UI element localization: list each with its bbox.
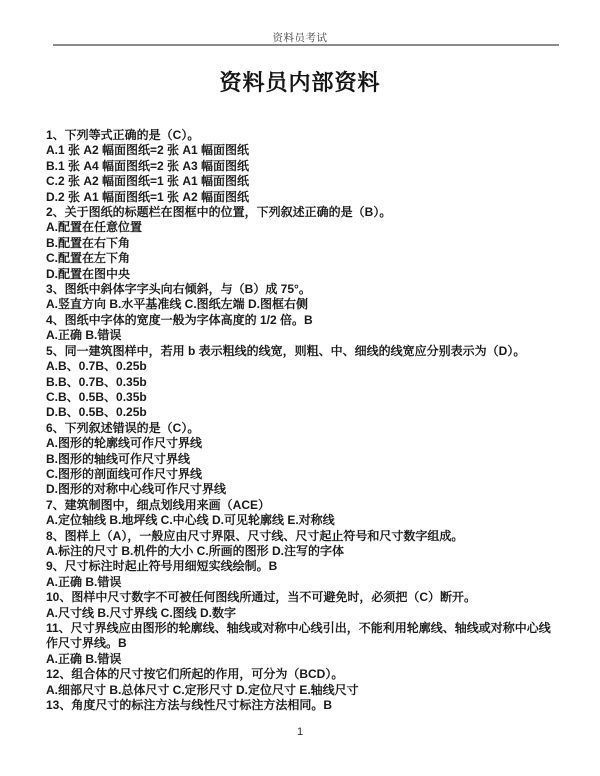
option-line: A.正确 B.错误 (46, 328, 557, 343)
option-line: D.B、0.5B、0.25b (46, 405, 557, 420)
option-line: A.1 张 A2 幅面图纸=2 张 A1 幅面图纸 (46, 143, 557, 158)
option-line: B.图形的轴线可作尺寸界线 (46, 452, 557, 467)
question-text: 13、角度尺寸的标注方法与线性尺寸标注方法相同。B (46, 698, 557, 713)
option-line: A.定位轴线 B.地坪线 C.中心线 D.可见轮廓线 E.对称线 (46, 513, 557, 528)
header-divider (53, 44, 559, 46)
question-text: 2、关于图纸的标题栏在图框中的位置，下列叙述正确的是（B）。 (46, 205, 557, 220)
question-text: 1、下列等式正确的是（C）。 (46, 128, 557, 143)
option-line: A.标注的尺寸 B.机件的大小 C.所画的图形 D.注写的字体 (46, 544, 557, 559)
option-line: C.图形的剖面线可作尺寸界线 (46, 467, 557, 482)
option-line: B.配置在右下角 (46, 236, 557, 251)
question-text: 7、建筑制图中，细点划线用来画（ACE） (46, 498, 557, 513)
page-header-title: 资料员考试 (0, 30, 600, 45)
page-number: 1 (0, 726, 600, 738)
question-text: 12、组合体的尺寸按它们所起的作用，可分为（BCD）。 (46, 667, 557, 682)
question-text: 5、同一建筑图样中，若用 b 表示粗线的线宽，则粗、中、细线的线宽应分别表示为（… (46, 344, 557, 359)
question-text: 8、图样上（A），一般应由尺寸界限、尺寸线、尺寸起止符号和尺寸数字组成。 (46, 529, 557, 544)
document-page: 资料员考试 资料员内部资料 1、下列等式正确的是（C）。A.1 张 A2 幅面图… (0, 0, 600, 776)
question-text: 3、图纸中斜体字字头向右倾斜，与（B）成 75°。 (46, 282, 557, 297)
option-line: A.竖直方向 B.水平基准线 C.图纸左端 D.图框右侧 (46, 297, 557, 312)
question-text: 10、图样中尺寸数字不可被任何图线所通过，当不可避免时，必须把（C）断开。 (46, 590, 557, 605)
option-line: A.正确 B.错误 (46, 652, 557, 667)
option-line: A.尺寸线 B.尺寸界线 C.图线 D.数字 (46, 606, 557, 621)
option-line: D.2 张 A1 幅面图纸=1 张 A2 幅面图纸 (46, 190, 557, 205)
question-text: 6、下列叙述错误的是（C）。 (46, 421, 557, 436)
question-text: 11、尺寸界线应由图形的轮廓线、轴线或对称中心线引出，不能利用轮廓线、轴线或对称… (46, 621, 557, 652)
option-line: A.图形的轮廓线可作尺寸界线 (46, 436, 557, 451)
option-line: B.B、0.7B、0.35b (46, 375, 557, 390)
option-line: A.正确 B.错误 (46, 575, 557, 590)
option-line: C.B、0.5B、0.35b (46, 390, 557, 405)
questions-list: 1、下列等式正确的是（C）。A.1 张 A2 幅面图纸=2 张 A1 幅面图纸B… (46, 128, 557, 713)
option-line: A.B、0.7B、0.25b (46, 359, 557, 374)
question-text: 9、尺寸标注时起止符号用细短实线绘制。B (46, 559, 557, 574)
option-line: D.图形的对称中心线可作尺寸界线 (46, 482, 557, 497)
option-line: B.1 张 A4 幅面图纸=2 张 A3 幅面图纸 (46, 159, 557, 174)
option-line: C.配置在左下角 (46, 251, 557, 266)
option-line: C.2 张 A2 幅面图纸=1 张 A1 幅面图纸 (46, 174, 557, 189)
document-title: 资料员内部资料 (0, 66, 600, 97)
question-text: 4、图纸中字体的宽度一般为字体高度的 1/2 倍。B (46, 313, 557, 328)
option-line: A.配置在任意位置 (46, 220, 557, 235)
option-line: D.配置在图中央 (46, 267, 557, 282)
option-line: A.细部尺寸 B.总体尺寸 C.定形尺寸 D.定位尺寸 E.轴线尺寸 (46, 683, 557, 698)
